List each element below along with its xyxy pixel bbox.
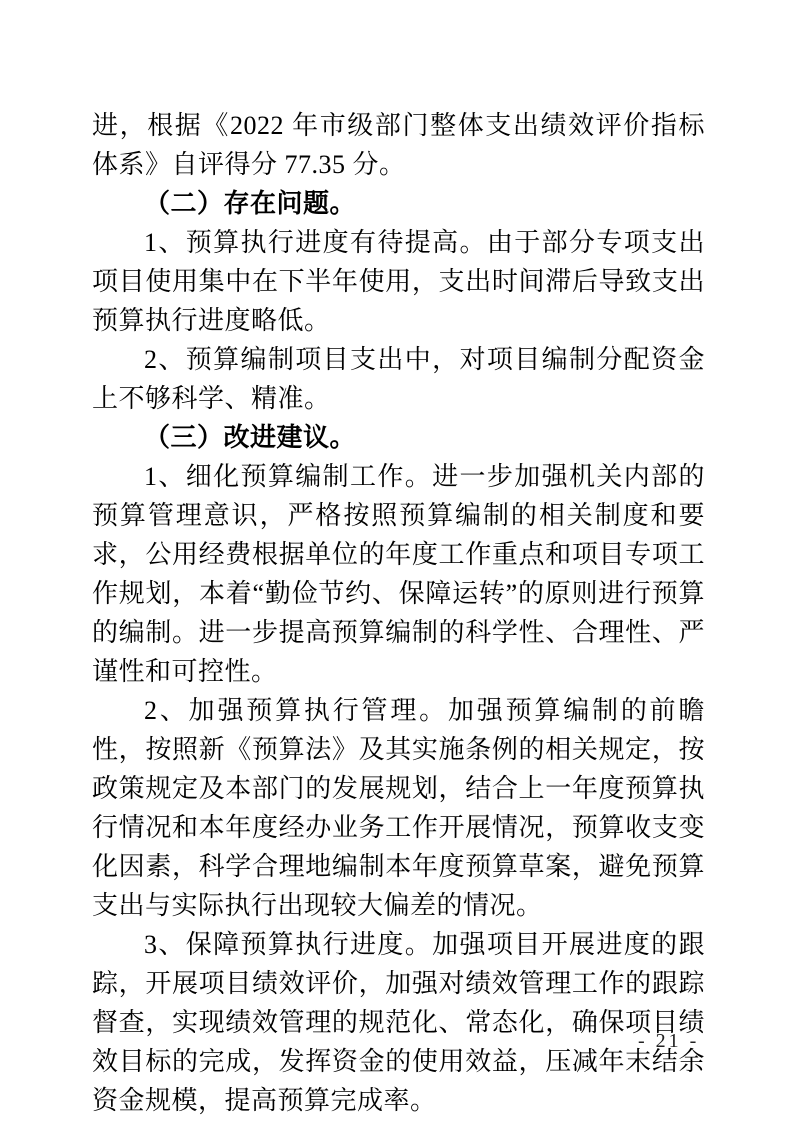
paragraph-continuation-self-score: 进，根据《2022 年市级部门整体支出绩效评价指标体系》自评得分 77.35 分… — [92, 106, 705, 184]
section-heading-existing-problems: （二）存在问题。 — [92, 184, 705, 223]
paragraph-problem-2: 2、预算编制项目支出中，对项目编制分配资金上不够科学、精准。 — [92, 340, 705, 418]
paragraph-suggestion-1: 1、细化预算编制工作。进一步加强机关内部的预算管理意识，严格按照预算编制的相关制… — [92, 457, 705, 691]
section-heading-improvement-suggestions: （三）改进建议。 — [92, 418, 705, 457]
page-number: - 21 - — [638, 1029, 699, 1053]
paragraph-suggestion-3: 3、保障预算执行进度。加强项目开展进度的跟踪，开展项目绩效评价，加强对绩效管理工… — [92, 925, 705, 1120]
paragraph-suggestion-2: 2、加强预算执行管理。加强预算编制的前瞻性，按照新《预算法》及其实施条例的相关规… — [92, 691, 705, 925]
document-body: 进，根据《2022 年市级部门整体支出绩效评价指标体系》自评得分 77.35 分… — [92, 106, 705, 1120]
paragraph-problem-1: 1、预算执行进度有待提高。由于部分专项支出项目使用集中在下半年使用，支出时间滞后… — [92, 223, 705, 340]
document-page: 进，根据《2022 年市级部门整体支出绩效评价指标体系》自评得分 77.35 分… — [0, 0, 793, 1122]
